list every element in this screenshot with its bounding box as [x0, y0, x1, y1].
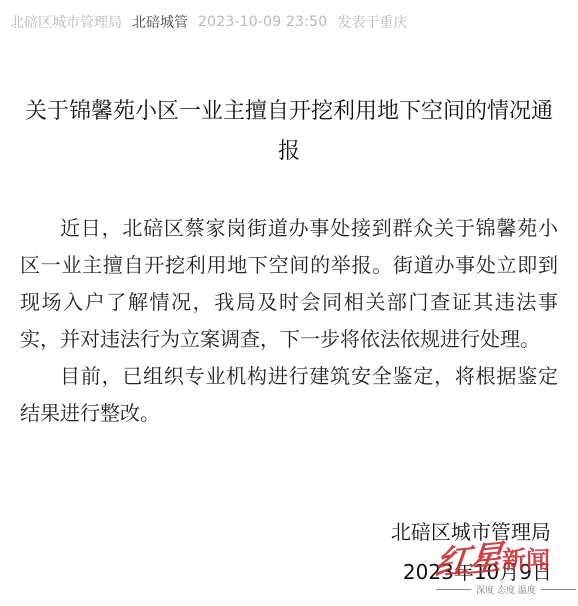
body-paragraph: 目前，已组织专业机构进行建筑安全鉴定，将根据鉴定结果进行整改。: [20, 358, 558, 432]
document-body: 近日，北碚区蔡家岗街道办事处接到群众关于锦馨苑小区一业主擅自开挖利用地下空间的举…: [20, 210, 558, 432]
signature-block: 北碚区城市管理局 2023年10月9日: [391, 512, 552, 592]
signature-date: 2023年10月9日: [403, 552, 552, 592]
document-title: 关于锦馨苑小区一业主擅自开挖利用地下空间的情况通报: [20, 92, 558, 172]
signature-organization: 北碚区城市管理局: [391, 512, 552, 552]
notice-document: 关于锦馨苑小区一业主擅自开挖利用地下空间的情况通报 近日，北碚区蔡家岗街道办事处…: [0, 0, 578, 606]
body-paragraph: 近日，北碚区蔡家岗街道办事处接到群众关于锦馨苑小区一业主擅自开挖利用地下空间的举…: [20, 210, 558, 358]
